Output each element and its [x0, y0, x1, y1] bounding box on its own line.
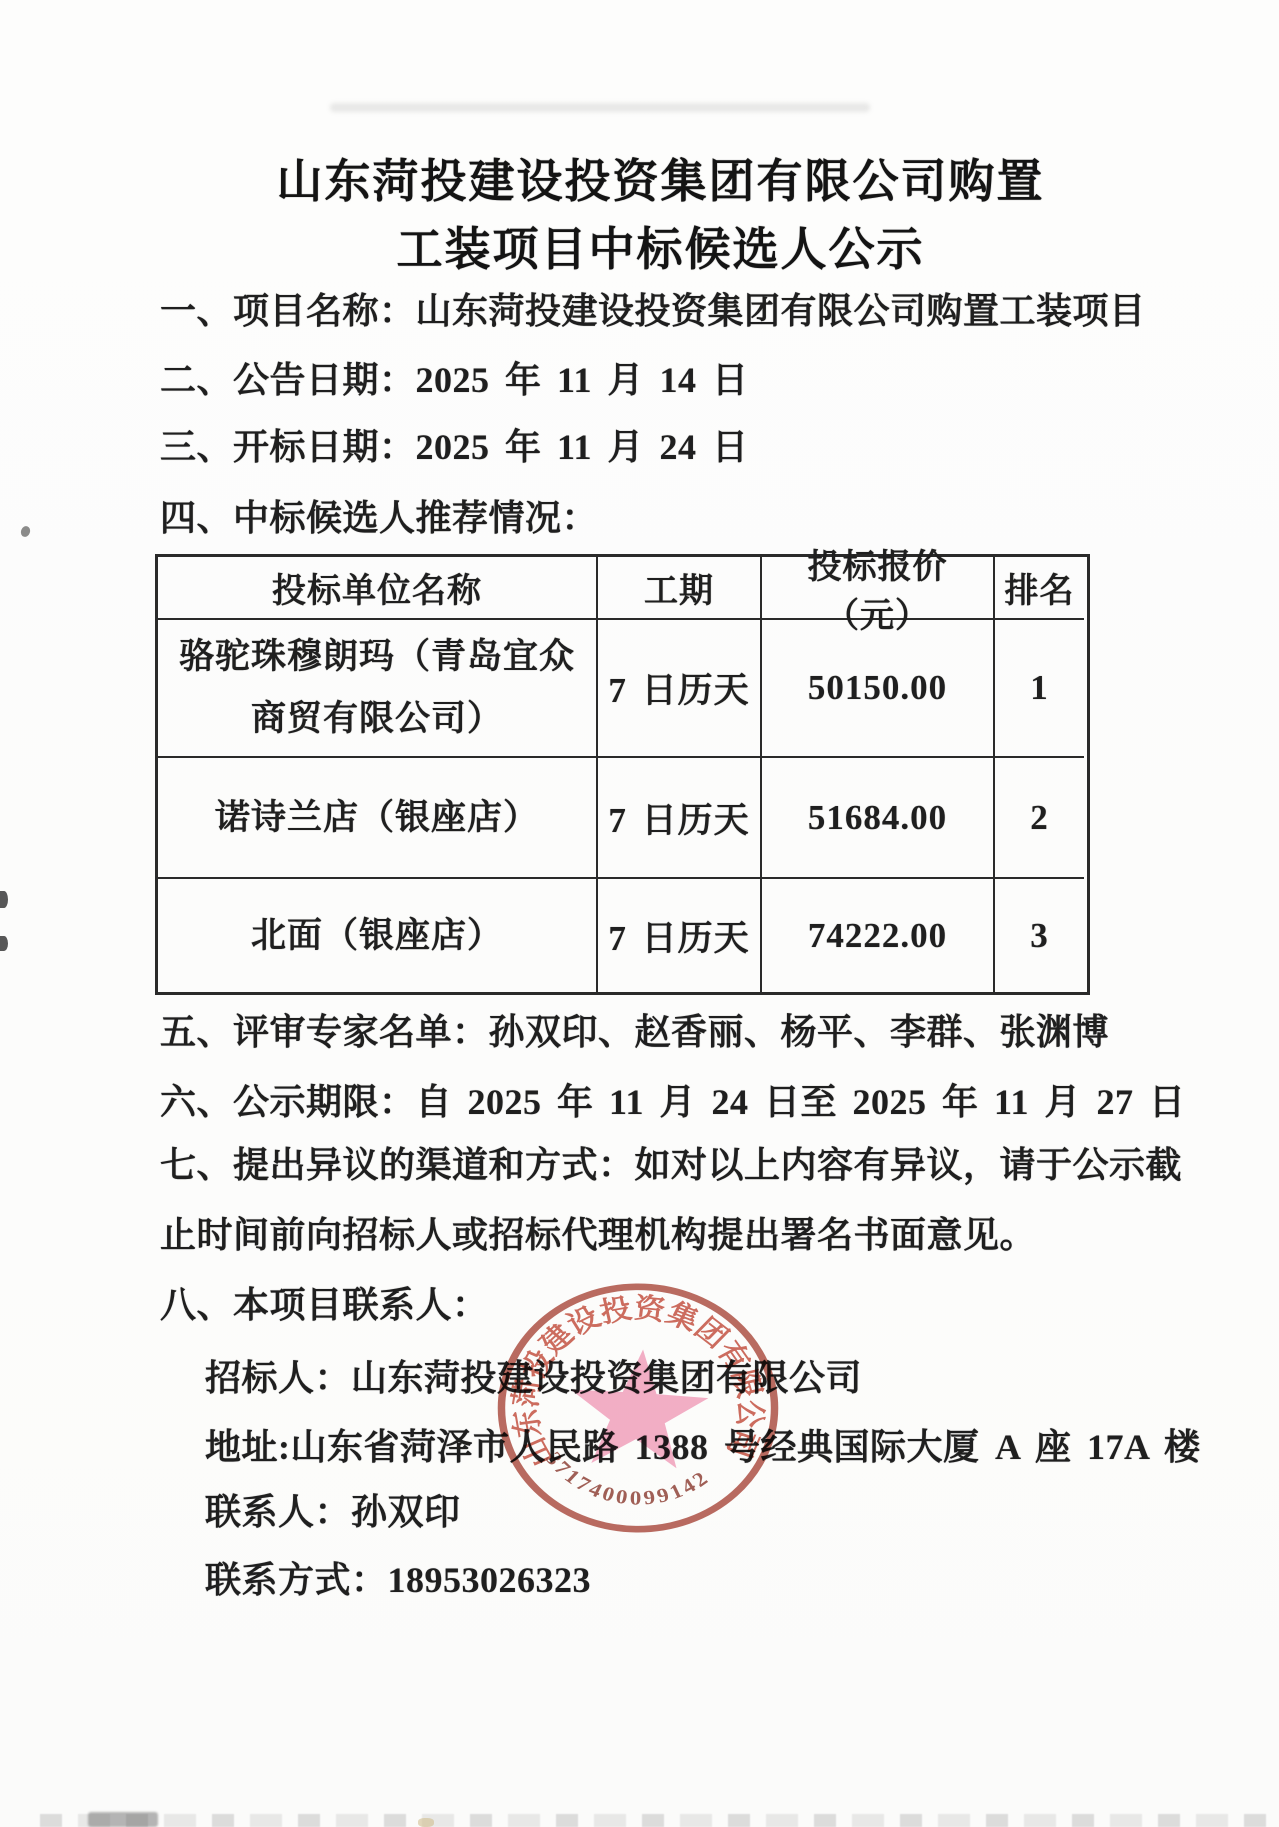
- seal-serial-textpath: 3717400099142: [540, 1448, 714, 1509]
- seal-graphic: 山东菏投建设投资集团有限公司 3717400099142: [478, 1266, 798, 1550]
- item-candidates-heading: 四、中标候选人推荐情况：: [160, 498, 598, 538]
- table-cell-rank-2: 2: [995, 758, 1084, 879]
- table-cell-price-1: 50150.00: [762, 620, 995, 758]
- item-announce-date: 二、公告日期：2025 年 11 月 14 日: [160, 360, 749, 400]
- scanned-document-page: 山东菏投建设投资集团有限公司购置 工装项目中标候选人公示 一、项目名称：山东菏投…: [0, 0, 1279, 1827]
- seal-serial-text: 3717400099142: [540, 1448, 714, 1509]
- table-cell-bidder-2: 诺诗兰店（银座店）: [158, 758, 598, 879]
- item-contact-heading: 八、本项目联系人：: [160, 1285, 489, 1325]
- table-cell-rank-1: 1: [995, 620, 1084, 758]
- table-cell-price-3: 74222.00: [762, 879, 995, 992]
- item-objection-paragraph: 七、提出异议的渠道和方式：如对以上内容有异议，请于公示截 止时间前向招标人或招标…: [160, 1130, 1200, 1270]
- objection-line-1: 七、提出异议的渠道和方式：如对以上内容有异议，请于公示截: [160, 1130, 1200, 1200]
- item-publicity-period: 六、公示期限：自 2025 年 11 月 24 日至 2025 年 11 月 2…: [160, 1082, 1186, 1122]
- column-header-duration: 工期: [598, 557, 762, 620]
- scan-cutoff-text-blob: [88, 1812, 158, 1827]
- scan-smudge-top: [330, 103, 870, 112]
- document-title-line-1: 山东菏投建设投资集团有限公司购置: [21, 145, 1279, 211]
- official-company-seal: 山东菏投建设投资集团有限公司 3717400099142: [478, 1266, 798, 1550]
- objection-line-2: 止时间前向招标人或招标代理机构提出署名书面意见。: [160, 1200, 1200, 1270]
- item-expert-list: 五、评审专家名单：孙双印、赵香丽、杨平、李群、张渊博: [160, 1012, 1109, 1052]
- table-cell-duration-1: 7 日历天: [598, 620, 762, 758]
- document-title-line-2: 工装项目中标候选人公示: [21, 213, 1279, 279]
- table-cell-bidder-3: 北面（银座店）: [158, 879, 598, 992]
- table-cell-duration-2: 7 日历天: [598, 758, 762, 879]
- table-cell-price-2: 51684.00: [762, 758, 995, 879]
- scan-stain: [418, 1818, 434, 1827]
- table-cell-rank-3: 3: [995, 879, 1084, 992]
- scan-edge-mark: [0, 891, 8, 908]
- column-header-rank: 排名: [995, 557, 1084, 620]
- table-cell-bidder-1: 骆驼珠穆朗玛（青岛宜众商贸有限公司）: [158, 620, 598, 758]
- contact-phone: 联系方式：18953026323: [205, 1560, 591, 1600]
- seal-star-icon: [565, 1345, 712, 1470]
- table-cell-duration-3: 7 日历天: [598, 879, 762, 992]
- column-header-price: 投标报价（元）: [762, 557, 995, 620]
- contact-person: 联系人：孙双印: [205, 1492, 461, 1532]
- bid-candidates-table: 投标单位名称 工期 投标报价（元） 排名 骆驼珠穆朗玛（青岛宜众商贸有限公司） …: [155, 554, 1090, 995]
- scan-edge-mark: [0, 936, 8, 951]
- scan-cutoff-text-strip: [40, 1814, 1279, 1827]
- column-header-bidder: 投标单位名称: [158, 557, 598, 620]
- item-open-date: 三、开标日期：2025 年 11 月 24 日: [160, 427, 749, 467]
- scan-margin-dot: [19, 525, 31, 538]
- item-project-name: 一、项目名称：山东菏投建设投资集团有限公司购置工装项目: [160, 291, 1146, 331]
